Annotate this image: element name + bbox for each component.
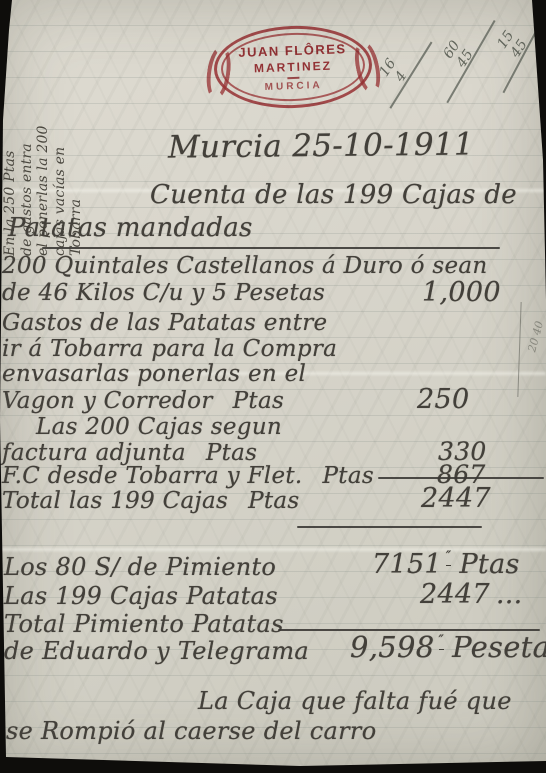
currency-label: Ptas: [248, 488, 299, 514]
ditto-mark: ″: [439, 633, 445, 650]
line-text: 200 Quintales Castellanos á Duro ó sean: [2, 253, 487, 279]
sum-rule: [378, 477, 544, 479]
currency-label: Ptas: [323, 463, 374, 489]
total-amount-value: 2447: [421, 483, 491, 514]
pencil-margin-jot: 20 40: [525, 320, 546, 354]
ledger-line: ir á Tobarra para la Compra: [2, 336, 357, 362]
document-paper: En la 250 Ptas de gastos entra el ponerl…: [0, 0, 546, 773]
pencil-fraction: 60 45: [442, 39, 476, 70]
ledger-line: envasarlas ponerlas en el: [2, 361, 326, 387]
stamp-surname-line: MARTINEZ: [254, 58, 332, 75]
closing-line-2: se Rompió al caerse del carro: [6, 717, 376, 745]
ledger-line: Total las 199 CajasPtas: [2, 488, 300, 514]
pencil-fraction: 15 45: [496, 29, 530, 60]
amount-number: 9,598: [350, 630, 435, 664]
stamp-name-line: JUAN FLÔRES: [238, 41, 347, 60]
amount-number: 2447: [420, 579, 490, 610]
ledger-line: Las 200 Cajas segun: [36, 414, 302, 440]
line-text: F.C desde Tobarra y Flet.: [2, 463, 303, 489]
currency-label: Ptas: [233, 388, 284, 414]
amount-value: 250: [417, 384, 469, 415]
subtitle-line-1: Cuenta de las 199 Cajas de: [150, 180, 517, 210]
fraction-lower: 4: [394, 70, 410, 85]
line-text: ir á Tobarra para la Compra: [2, 336, 337, 362]
ledger-line: Las 199 Cajas Patatas: [4, 582, 278, 610]
grand-total-amount: 9,598″Pesetas: [350, 630, 546, 664]
line-text: Las 200 Cajas segun: [36, 414, 282, 440]
stamp-divider: [287, 76, 299, 78]
pencil-fraction: 16 4: [378, 57, 412, 88]
company-stamp: JUAN FLÔRES MARTINEZ MURCIA: [213, 23, 374, 110]
subtitle-underline: [42, 247, 500, 249]
ditto-dots: ...: [496, 579, 523, 610]
amount-value: 2447...: [420, 579, 523, 610]
ledger-line: Los 80 S/ de Pimiento: [4, 553, 276, 581]
ledger-line: F.C desde Tobarra y Flet.Ptas: [2, 463, 374, 489]
ditto-mark: ″: [446, 549, 452, 566]
pencil-margin-line: [517, 302, 521, 397]
amount-value: 1,000: [422, 277, 501, 308]
ledger-line: de Eduardo y Telegrama: [4, 637, 309, 665]
subtitle-line-2: Patatas mandadas: [8, 213, 253, 243]
ledger-line: de 46 Kilos C/u y 5 Pesetas: [2, 280, 345, 306]
line-text: Vagon y Corredor: [2, 388, 213, 414]
line-text: envasarlas ponerlas en el: [2, 361, 306, 387]
line-text: Total las 199 Cajas: [2, 488, 228, 514]
amount-value: 7151″Ptas: [372, 549, 520, 580]
date-line: Murcia 25-10-1911: [168, 126, 474, 165]
line-text: Gastos de las Patatas entre: [2, 310, 327, 336]
currency-label: Ptas: [459, 549, 519, 580]
ledger-line: Gastos de las Patatas entre: [2, 310, 347, 336]
ledger-line: Vagon y CorredorPtas: [2, 388, 284, 414]
line-text: de 46 Kilos C/u y 5 Pesetas: [2, 280, 325, 306]
stamp-city-line: MURCIA: [264, 79, 322, 92]
total-underline: [297, 526, 482, 528]
amount-number: 7151: [372, 549, 442, 580]
ledger-line: Total Pimiento Patatas: [4, 610, 284, 638]
ledger-line: 200 Quintales Castellanos á Duro ó sean: [2, 253, 507, 279]
currency-label: Pesetas: [452, 630, 546, 664]
photo-frame: En la 250 Ptas de gastos entra el ponerl…: [0, 0, 546, 773]
closing-line-1: La Caja que falta fué que: [198, 687, 512, 715]
